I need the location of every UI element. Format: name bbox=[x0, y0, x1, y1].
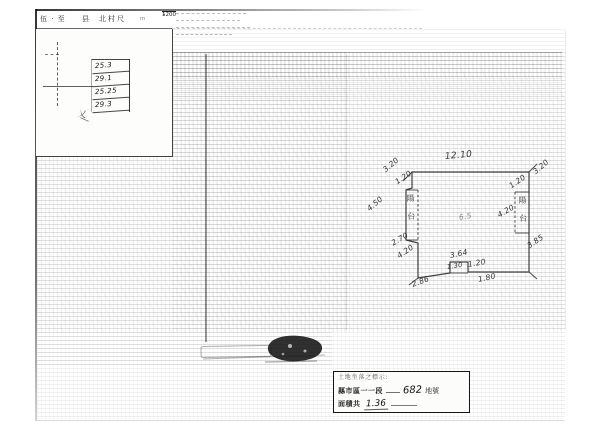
sheet-right-edge bbox=[565, 30, 566, 330]
faded-stamp-line bbox=[176, 13, 246, 14]
parcel-stamp-box: 土地坐落之標示: 縣市區一一段 682 地號 面積共 1.36 bbox=[333, 371, 470, 413]
smudge-speckle bbox=[288, 344, 292, 348]
smudge-blob bbox=[268, 336, 322, 362]
header-token-2: 县 bbox=[82, 14, 89, 24]
balcony-char: 陽 bbox=[406, 194, 414, 203]
header-token-4: m bbox=[140, 16, 145, 22]
reference-number-table: 25.3 29.1 25.25 29.3 bbox=[91, 59, 130, 112]
grid-band-top-rule bbox=[172, 52, 562, 53]
smudge-outline-box bbox=[201, 345, 271, 357]
area-line-prefix: 面積共 bbox=[338, 400, 361, 409]
title-strip: 伍 · 至 县 北村尺 m 1 1200 bbox=[36, 10, 172, 29]
balcony-char: 台 bbox=[407, 212, 415, 221]
grid-heavy-vertical-line bbox=[205, 54, 207, 342]
ink-smudge-mark bbox=[195, 333, 335, 369]
lot-line-suffix: 地號 bbox=[425, 387, 439, 396]
stamp-title-line: 土地坐落之標示: bbox=[338, 374, 465, 381]
lot-line-prefix: 縣市區一一段 bbox=[338, 387, 383, 396]
faded-stamp-line bbox=[176, 34, 232, 35]
area-value: 1.36 bbox=[363, 399, 387, 411]
orientation-cross-tick bbox=[45, 54, 59, 55]
sheet-bottom-edge bbox=[37, 420, 565, 421]
grid-mid-dark-region bbox=[172, 52, 348, 332]
lot-line-blank bbox=[386, 386, 400, 393]
smudge-speckle bbox=[282, 353, 285, 356]
table-row: 29.3 bbox=[92, 98, 130, 114]
faded-stamp-line bbox=[176, 27, 250, 28]
balcony-char: 台 bbox=[519, 214, 527, 223]
smudge-speckle bbox=[304, 350, 307, 353]
area-line-underline bbox=[391, 399, 417, 406]
lot-number-value: 682 bbox=[403, 384, 423, 396]
header-token-3: 北村尺 bbox=[99, 14, 126, 24]
header-rule-extension bbox=[172, 28, 422, 30]
grid-sparse-top bbox=[172, 29, 565, 52]
balcony-char: 陽 bbox=[518, 196, 526, 205]
stamp-area-line: 面積共 1.36 bbox=[338, 399, 465, 410]
inset-locator-box: 25.3 29.1 25.25 29.3 乂 bbox=[36, 29, 173, 157]
stamp-lot-line: 縣市區一一段 682 地號 bbox=[338, 385, 465, 396]
smudge-understroke bbox=[265, 361, 317, 362]
scanned-survey-sheet: 伍 · 至 县 北村尺 m 1 1200 25.3 29.1 25.25 29.… bbox=[0, 0, 599, 432]
faded-stamp-line bbox=[176, 20, 240, 21]
balcony-box-right: 陽 台 bbox=[515, 196, 530, 232]
orientation-cross-horizontal bbox=[43, 86, 93, 87]
header-token-1: 伍 · 至 bbox=[40, 14, 66, 24]
scale-denominator: 1200 bbox=[162, 11, 176, 18]
balcony-box-left: 陽 台 bbox=[403, 194, 418, 230]
grid-faint-vertical-line bbox=[346, 54, 347, 330]
orientation-cross-vertical bbox=[57, 42, 58, 106]
